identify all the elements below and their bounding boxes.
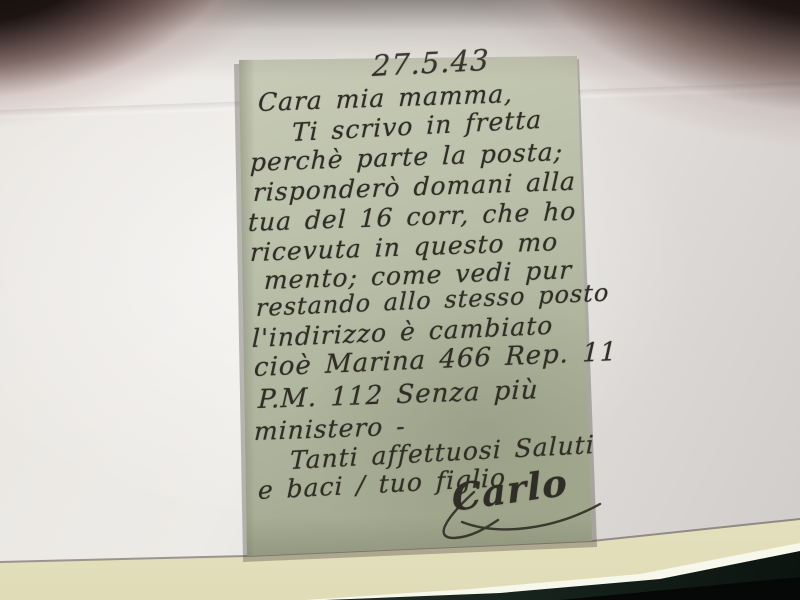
photo-of-handwritten-postcard: 27.5.43 Cara mia mamma, Ti scrivo in fre…	[0, 0, 800, 600]
vignette-top-right	[0, 0, 800, 600]
